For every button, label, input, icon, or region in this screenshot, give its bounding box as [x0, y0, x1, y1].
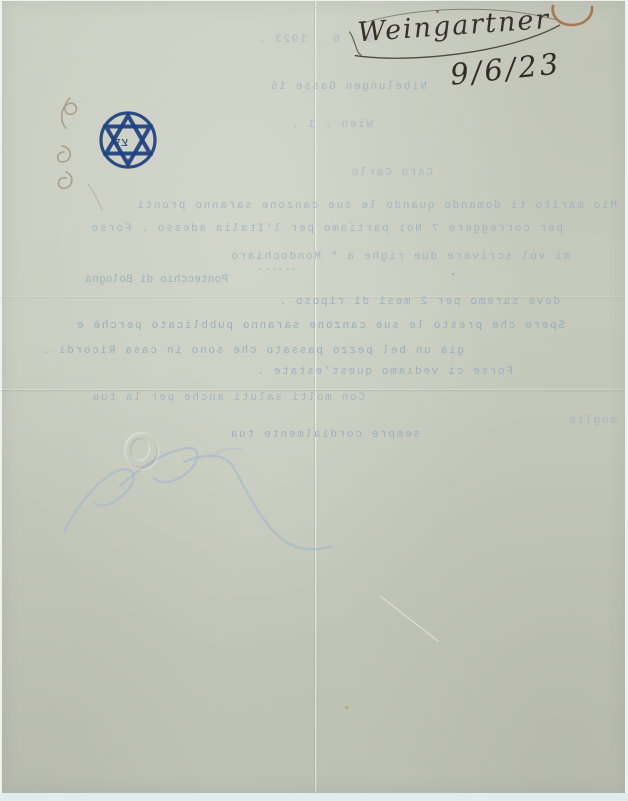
paper-speck — [345, 706, 348, 709]
scan-edge-strip — [0, 793, 628, 801]
pencil-marks — [48, 88, 118, 218]
paper-speck — [452, 273, 454, 275]
embossed-seal — [124, 432, 158, 469]
scanned-letter-page: { "scan": { "kind": "verso of a typewrit… — [0, 0, 628, 801]
embossed-seal-center — [130, 438, 150, 461]
signature-bleed-mark — [50, 428, 350, 563]
